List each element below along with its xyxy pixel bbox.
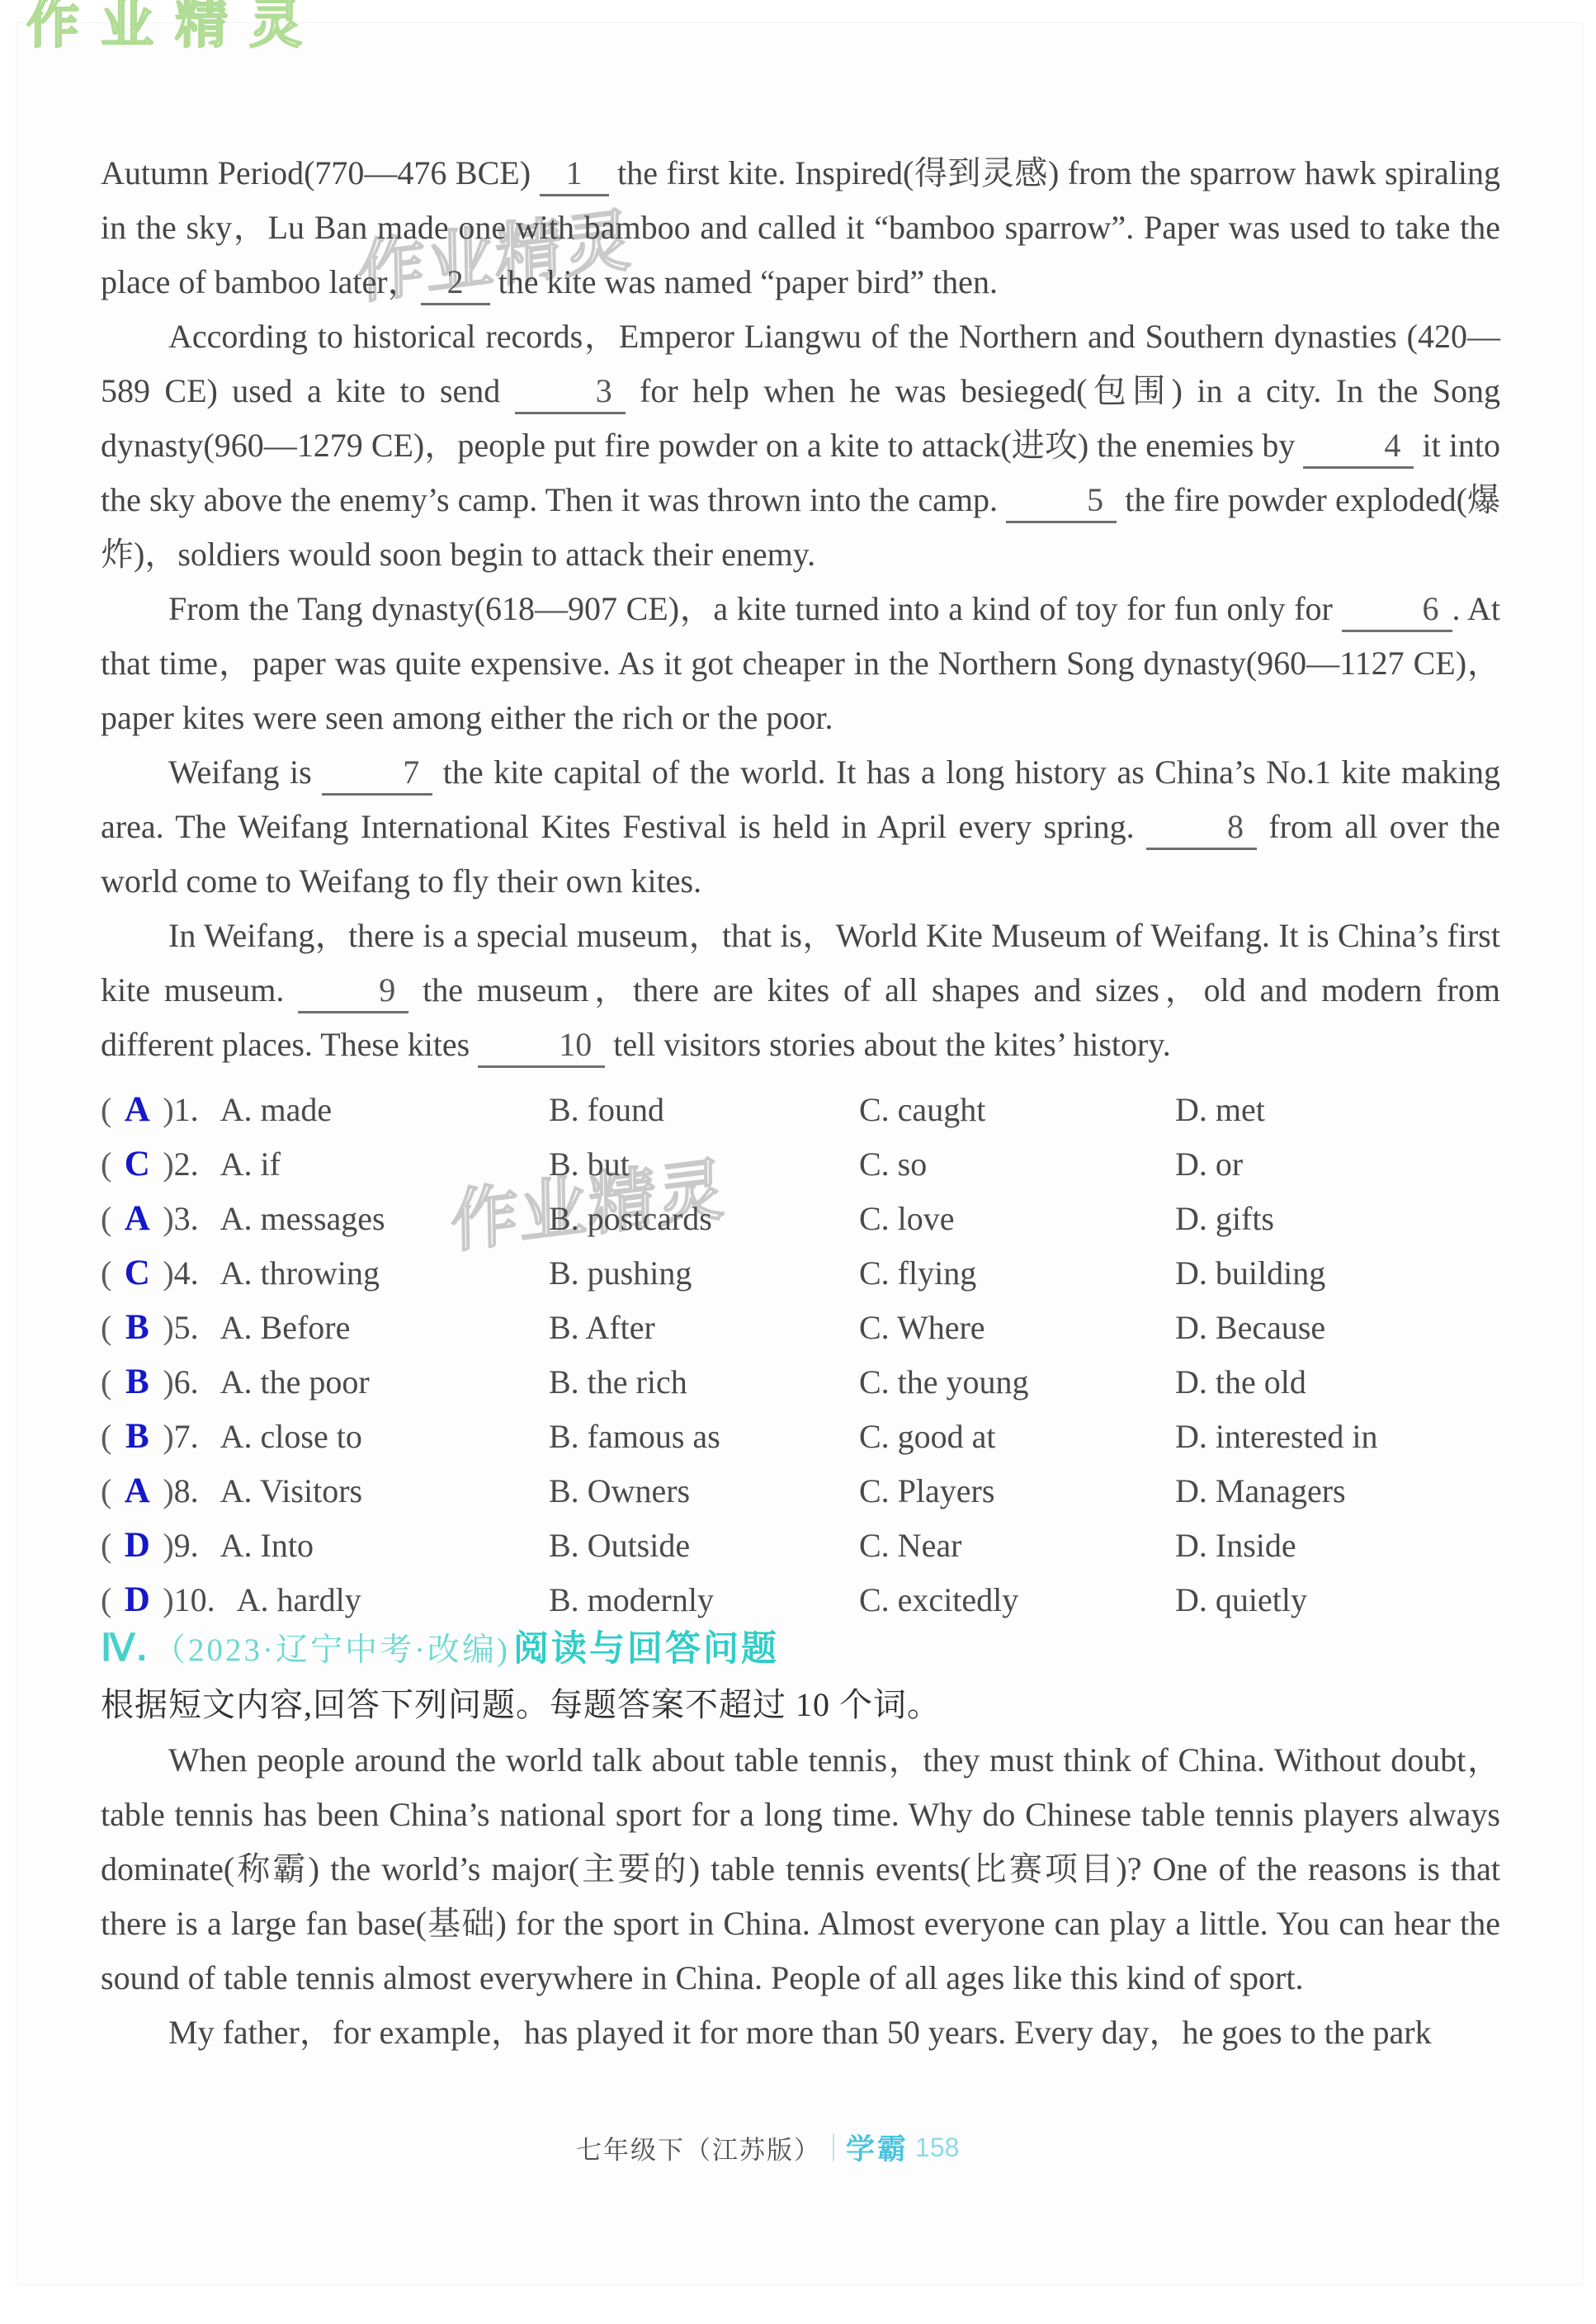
mc-number: 3.	[174, 1200, 199, 1237]
mc-option-d: D. Managers	[1175, 1464, 1500, 1519]
mc-option-d: D. the old	[1175, 1355, 1500, 1410]
cloze-blank-6: 6	[1342, 588, 1452, 632]
cloze-passage: Autumn Period(770—476 BCE) 1 the first k…	[101, 146, 1500, 1072]
footer-page-number: 158	[915, 2133, 959, 2163]
answer-paren-open: (	[101, 1581, 111, 1618]
mc-question-3: (A)3.A. messages	[101, 1192, 549, 1246]
mc-row-10: (D)10.A. hardlyB. modernlyC. excitedlyD.…	[101, 1573, 1500, 1627]
answer-paren-open: (	[101, 1309, 111, 1346]
cloze-paragraph: From the Tang dynasty(618—907 CE)，a kite…	[101, 582, 1500, 745]
mc-answer-list: (A)1.A. madeB. foundC. caughtD. met(C)2.…	[101, 1083, 1500, 1627]
cloze-blank-4: 4	[1303, 425, 1414, 469]
mc-option-c: C. caught	[859, 1083, 1175, 1137]
mc-number: 6.	[174, 1363, 199, 1401]
mc-number: 1.	[174, 1091, 199, 1128]
answer-letter: B	[111, 1355, 163, 1410]
answer-paren-open: (	[101, 1472, 111, 1509]
answer-paren-close: )	[163, 1472, 173, 1509]
answer-paren-open: (	[101, 1254, 111, 1292]
section-source: （2023·辽宁中考·改编)	[153, 1632, 510, 1668]
cloze-blank-10: 10	[478, 1024, 605, 1068]
answer-paren-close: )	[163, 1091, 173, 1128]
mc-option-a: A. the poor	[220, 1363, 370, 1401]
answer-paren-open: (	[101, 1527, 111, 1564]
mc-row-3: (A)3.A. messagesB. postcardsC. loveD. gi…	[101, 1192, 1500, 1246]
footer-brand: 学霸	[846, 2127, 909, 2168]
mc-row-7: (B)7.A. close toB. famous asC. good atD.…	[101, 1410, 1500, 1464]
mc-option-a: A. if	[220, 1145, 281, 1183]
mc-question-5: (B)5.A. Before	[101, 1301, 549, 1355]
answer-paren-open: (	[101, 1363, 111, 1401]
mc-number: 2.	[174, 1145, 199, 1183]
mc-option-b: B. pushing	[549, 1246, 859, 1301]
mc-option-d: D. or	[1175, 1137, 1500, 1192]
mc-option-c: C. Where	[859, 1301, 1175, 1355]
mc-number: 9.	[174, 1527, 199, 1564]
mc-option-a: A. Into	[220, 1527, 314, 1564]
mc-number: 10.	[174, 1581, 215, 1618]
mc-row-6: (B)6.A. the poorB. the richC. the youngD…	[101, 1355, 1500, 1410]
mc-option-c: C. excitedly	[859, 1573, 1175, 1627]
mc-option-c: C. so	[859, 1137, 1175, 1192]
section-heading: Ⅳ.（2023·辽宁中考·改编)阅读与回答问题	[101, 1621, 779, 1671]
cloze-blank-2: 2	[421, 262, 490, 305]
section-title: 阅读与回答问题	[513, 1629, 779, 1669]
mc-number: 5.	[174, 1309, 199, 1346]
mc-option-c: C. Near	[859, 1519, 1175, 1573]
answer-paren-close: )	[163, 1527, 173, 1564]
mc-option-b: B. but	[549, 1137, 859, 1192]
mc-question-7: (B)7.A. close to	[101, 1410, 549, 1464]
cloze-paragraph: Autumn Period(770—476 BCE) 1 the first k…	[101, 146, 1500, 309]
mc-option-a: A. messages	[220, 1200, 385, 1237]
answer-paren-close: )	[163, 1581, 173, 1618]
mc-option-a: A. close to	[220, 1418, 362, 1455]
mc-number: 8.	[174, 1472, 199, 1509]
mc-row-1: (A)1.A. madeB. foundC. caughtD. met	[101, 1083, 1500, 1137]
mc-question-6: (B)6.A. the poor	[101, 1355, 549, 1410]
mc-question-1: (A)1.A. made	[101, 1083, 549, 1137]
mc-option-b: B. famous as	[549, 1410, 859, 1464]
answer-letter: C	[111, 1137, 163, 1192]
mc-number: 4.	[174, 1254, 199, 1292]
reading-paragraph: When people around the world talk about …	[101, 1733, 1500, 2005]
mc-question-8: (A)8.A. Visitors	[101, 1464, 549, 1519]
mc-row-4: (C)4.A. throwingB. pushingC. flyingD. bu…	[101, 1246, 1500, 1301]
mc-question-10: (D)10.A. hardly	[101, 1573, 549, 1627]
mc-option-a: A. made	[220, 1091, 333, 1128]
mc-option-b: B. After	[549, 1301, 859, 1355]
answer-paren-close: )	[163, 1254, 173, 1292]
mc-number: 7.	[174, 1418, 199, 1455]
answer-paren-close: )	[163, 1418, 173, 1455]
mc-row-2: (C)2.A. ifB. butC. soD. or	[101, 1137, 1500, 1192]
mc-option-d: D. Inside	[1175, 1519, 1500, 1573]
mc-row-8: (A)8.A. VisitorsB. OwnersC. PlayersD. Ma…	[101, 1464, 1500, 1519]
answer-paren-close: )	[163, 1145, 173, 1183]
cloze-blank-8: 8	[1146, 806, 1257, 850]
answer-letter: B	[111, 1301, 163, 1355]
mc-option-c: C. the young	[859, 1355, 1175, 1410]
mc-option-b: B. Outside	[549, 1519, 859, 1573]
footer-divider	[833, 2133, 834, 2161]
answer-paren-close: )	[163, 1363, 173, 1401]
mc-option-d: D. met	[1175, 1083, 1500, 1137]
answer-paren-open: (	[101, 1091, 111, 1128]
answer-paren-open: (	[101, 1200, 111, 1237]
instruction-text: 根据短文内容,回答下列问题。每题答案不超过 10 个词。	[101, 1680, 941, 1730]
footer: 七年级下（江苏版） 学霸 158	[576, 2129, 959, 2166]
cloze-blank-7: 7	[322, 752, 432, 796]
mc-option-a: A. Visitors	[220, 1472, 362, 1509]
mc-option-c: C. Players	[859, 1464, 1175, 1519]
answer-paren-open: (	[101, 1145, 111, 1183]
answer-letter: D	[111, 1519, 163, 1573]
mc-question-2: (C)2.A. if	[101, 1137, 549, 1192]
answer-letter: A	[111, 1192, 163, 1246]
section-numeral: Ⅳ.	[101, 1627, 149, 1669]
reading-paragraph: My father，for example，has played it for …	[101, 2005, 1500, 2060]
cloze-paragraph: According to historical records，Emperor …	[101, 309, 1500, 582]
mc-option-b: B. modernly	[549, 1573, 859, 1627]
cloze-paragraph: In Weifang，there is a special museum，tha…	[101, 909, 1500, 1072]
mc-question-4: (C)4.A. throwing	[101, 1246, 549, 1301]
mc-option-a: A. hardly	[237, 1581, 361, 1618]
cloze-blank-5: 5	[1006, 479, 1117, 523]
answer-letter: A	[111, 1464, 163, 1519]
mc-row-9: (D)9.A. IntoB. OutsideC. NearD. Inside	[101, 1519, 1500, 1573]
mc-option-b: B. Owners	[549, 1464, 859, 1519]
mc-option-b: B. found	[549, 1083, 859, 1137]
cloze-paragraph: Weifang is 7 the kite capital of the wor…	[101, 745, 1500, 909]
mc-option-c: C. love	[859, 1192, 1175, 1246]
mc-row-5: (B)5.A. BeforeB. AfterC. WhereD. Because	[101, 1301, 1500, 1355]
mc-option-b: B. the rich	[549, 1355, 859, 1410]
mc-option-d: D. quietly	[1175, 1573, 1500, 1627]
answer-letter: D	[111, 1573, 163, 1627]
mc-option-d: D. interested in	[1175, 1410, 1500, 1464]
mc-option-d: D. gifts	[1175, 1192, 1500, 1246]
mc-option-c: C. good at	[859, 1410, 1175, 1464]
mc-option-d: D. Because	[1175, 1301, 1500, 1355]
mc-option-a: A. Before	[220, 1309, 351, 1346]
answer-paren-close: )	[163, 1200, 173, 1237]
mc-option-d: D. building	[1175, 1246, 1500, 1301]
answer-letter: B	[111, 1410, 163, 1464]
mc-option-a: A. throwing	[220, 1254, 380, 1292]
answer-letter: A	[111, 1083, 163, 1137]
reading-passage: When people around the world talk about …	[101, 1733, 1500, 2060]
footer-edition: 七年级下（江苏版）	[576, 2129, 821, 2166]
cloze-blank-3: 3	[515, 371, 626, 414]
mc-option-b: B. postcards	[549, 1192, 859, 1246]
answer-paren-open: (	[101, 1418, 111, 1455]
mc-option-c: C. flying	[859, 1246, 1175, 1301]
cloze-blank-9: 9	[298, 970, 408, 1013]
answer-letter: C	[111, 1246, 163, 1301]
cloze-blank-1: 1	[540, 153, 609, 196]
mc-question-9: (D)9.A. Into	[101, 1519, 549, 1573]
answer-paren-close: )	[163, 1309, 173, 1346]
